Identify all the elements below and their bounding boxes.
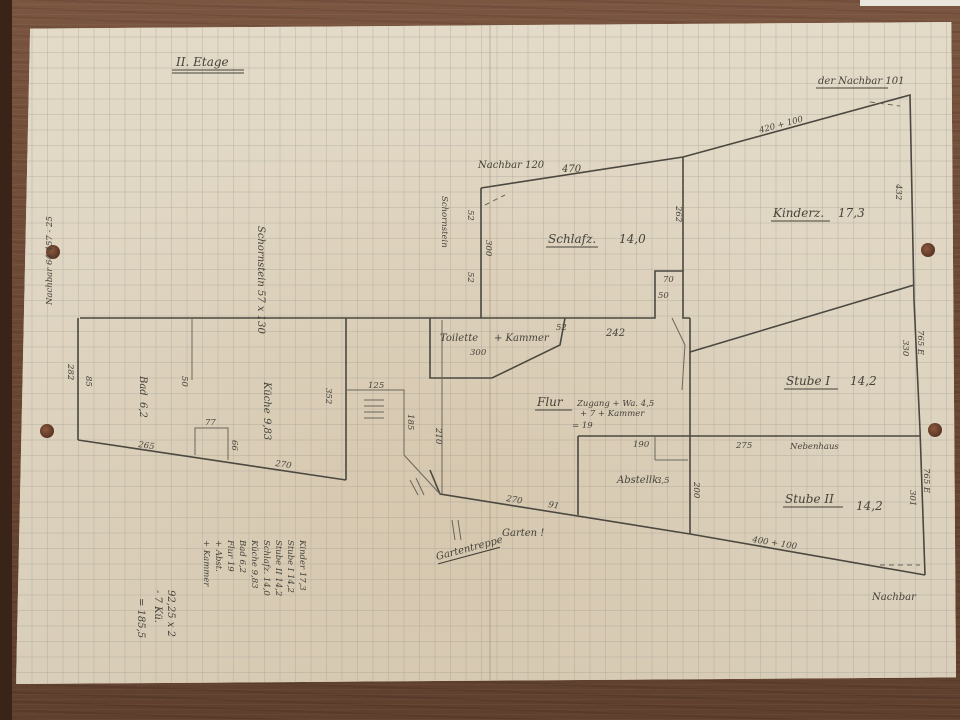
calc-line: Kinder 17,3 — [297, 539, 307, 591]
room-area-kinderzimmer: 17,3 — [838, 206, 865, 220]
label-nebenhaus: Nebenhaus — [789, 442, 839, 452]
dim-right-bottom: 301 — [907, 490, 917, 506]
room-area-stube-2: 14,2 — [856, 499, 883, 513]
room-label-kinderzimmer: Kinderz. — [772, 206, 824, 220]
room-label-stube-1: Stube I — [786, 374, 830, 388]
calc-line: + Abst. — [213, 540, 223, 572]
dim-abstell-side: 200 — [691, 481, 701, 499]
dim-schlafz-right: 262 — [673, 205, 683, 222]
calc-line: Stube I 14,2 — [285, 540, 295, 593]
room-label-schlafzimmer: Schlafz. — [548, 232, 596, 246]
room-area-bad: 6,2 — [137, 402, 148, 418]
annotation-schornstein: Schornstein — [439, 196, 449, 248]
dim-schlafz-left-a: 52 — [465, 210, 475, 221]
room-label-abstellkammer: Abstellk. — [616, 475, 661, 486]
calc-line: Stube II 14,2 — [273, 540, 283, 596]
dim-chimney-h: 50 — [658, 291, 669, 301]
area-sum: 92,25 x 2 - 7 Kü. = 185,5 — [135, 590, 176, 638]
dim-left-wall: 282 — [65, 363, 75, 380]
calc-line: Bad 6,2 — [237, 539, 247, 573]
dim-right-top: 432 — [893, 183, 903, 200]
room-area-abstellkammer: 3,5 — [656, 476, 670, 486]
calc-line: Schlafz. 14,0 — [261, 540, 271, 596]
room-label-toilette: Toilette — [440, 333, 478, 344]
annotation-fenster-note: Schornstein 57 x 130 — [255, 226, 266, 334]
dim-top-right-wall: 420 + 100 — [757, 114, 805, 136]
dim-wc-height: 66 — [229, 440, 239, 451]
dim-stair-width: 125 — [368, 381, 384, 391]
dim-wc-width: 77 — [205, 418, 216, 428]
room-area-kueche: 9,83 — [261, 418, 272, 440]
dim-kitchen-height: 352 — [323, 388, 333, 404]
dim-right-bottom-b: 765 E — [921, 468, 931, 494]
dim-schlafz-left-b: 300 — [483, 240, 493, 257]
room-area-stube-1: 14,2 — [850, 374, 877, 388]
dim-toilet-small: 52 — [556, 323, 567, 333]
room-label-kueche: Küche — [261, 381, 272, 414]
calc-line: Flur 19 — [225, 539, 235, 572]
dim-toilette: 300 — [470, 348, 487, 358]
room-extra-toilette: + Kammer — [494, 333, 550, 344]
calc-sum-1: 92,25 x 2 — [165, 590, 176, 637]
neighbor-top-left: Nachbar 120 — [477, 160, 545, 171]
annotation-garten: Garten ! — [502, 528, 544, 539]
flur-note-3: = 19 — [572, 421, 593, 431]
dim-bottom-mid-b: 91 — [548, 500, 560, 512]
flur-note-1: Zugang + Wa. 4,5 — [576, 399, 654, 409]
calc-line: Küche 9,83 — [249, 539, 259, 589]
dim-schlafz-left-c: 52 — [465, 272, 475, 283]
calc-line: + Kammer — [201, 540, 211, 587]
room-label-flur: Flur — [536, 395, 564, 409]
room-label-bad: Bad — [137, 375, 148, 396]
dim-stair-height: 210 — [433, 427, 443, 445]
flur-note-2: + 7 + Kammer — [580, 409, 645, 419]
neighbor-left-edge: Nachbar 64 457 - 25 — [45, 216, 55, 306]
dim-abstell-top: 190 — [633, 440, 650, 450]
dim-bad-door: 50 — [179, 376, 189, 387]
sheet-title: II. Etage — [175, 55, 229, 69]
dim-right-mid: 330 — [900, 340, 910, 357]
room-label-stube-2: Stube II — [785, 492, 834, 506]
dim-stair-small: 185 — [405, 414, 415, 430]
dim-chimney-w: 70 — [663, 275, 674, 285]
room-area-schlafzimmer: 14,0 — [619, 232, 646, 246]
dim-corridor: 242 — [605, 328, 625, 339]
neighbor-bottom-right: Nachbar — [871, 592, 917, 603]
calc-sum-2: - 7 Kü. — [152, 590, 163, 623]
dim-top-wall: 470 — [561, 164, 582, 175]
dim-stube-divider: 275 — [735, 441, 752, 451]
dim-left-bottom: 265 — [137, 440, 155, 452]
area-calculation: Kinder 17,3 Stube I 14,2 Stube II 14,2 S… — [201, 539, 307, 596]
dim-right-mid-b: 765 E — [915, 330, 925, 356]
dim-left-wall-b: 85 — [83, 376, 93, 387]
calc-sum-result: = 185,5 — [135, 598, 146, 638]
neighbor-top-right: der Nachbar 101 — [818, 76, 904, 87]
floor-plan-drawing: II. Etage — [0, 0, 960, 720]
